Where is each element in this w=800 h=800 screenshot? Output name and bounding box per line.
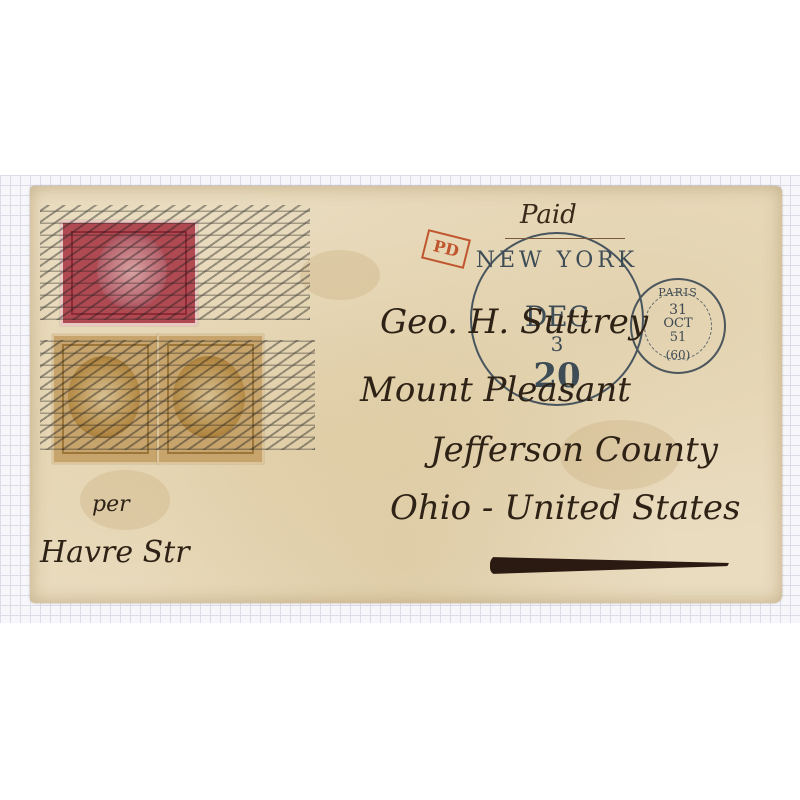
postmark-city: PARIS (632, 286, 724, 299)
ceres-medallion (97, 233, 167, 309)
ceres-medallion (173, 356, 245, 438)
postmark-city: NEW YORK (472, 248, 642, 273)
paid-annotation: Paid (520, 200, 577, 230)
routing-line-1: per (92, 492, 130, 517)
stamp-10c-bistre-left (52, 334, 159, 464)
address-line-2: Mount Pleasant (360, 370, 631, 410)
ceres-medallion (68, 356, 140, 438)
stamp-1-franc-carmine (60, 220, 198, 326)
address-line-4: Ohio - United States (390, 488, 740, 528)
address-line-1: Geo. H. Suttrey (380, 302, 648, 342)
paper-stain (300, 250, 380, 300)
postmark-department: (60) (632, 348, 724, 362)
address-line-3: Jefferson County (430, 430, 718, 470)
stamp-10c-bistre-right (157, 334, 264, 464)
paid-underline (505, 238, 625, 239)
routing-line-2: Havre Str (40, 535, 190, 570)
